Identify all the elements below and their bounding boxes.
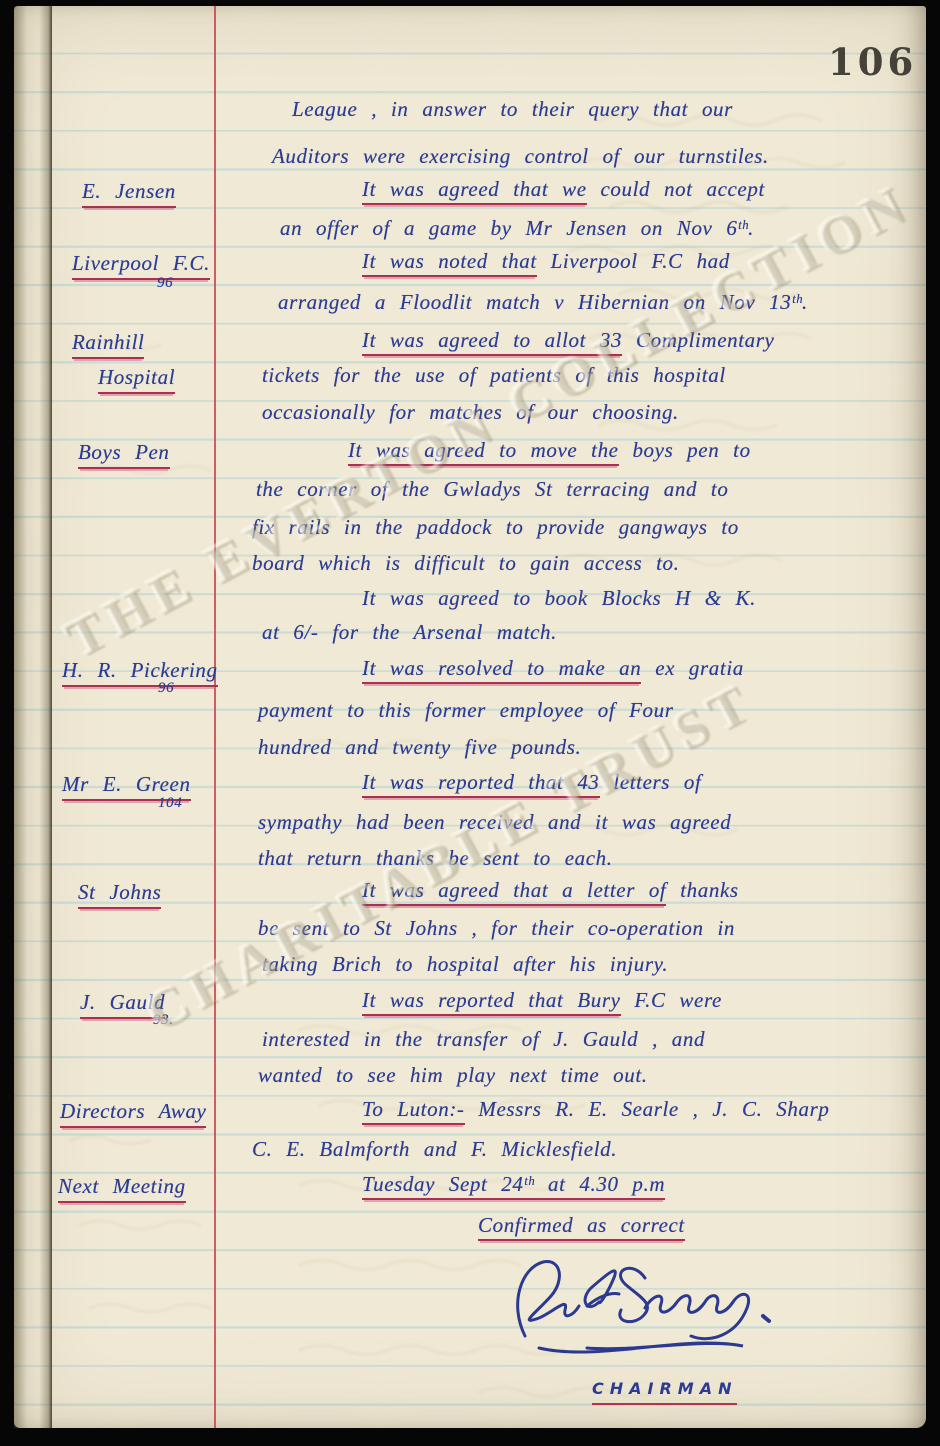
margin-heading: E. Jensen xyxy=(82,178,176,208)
chairman-label: CHAIRMAN xyxy=(592,1379,737,1405)
minute-text-line: It was noted that Liverpool F.C had xyxy=(362,248,730,274)
minute-text-line: fix rails in the paddock to provide gang… xyxy=(252,514,739,540)
minute-book-page: 106 League , in answer to their query th… xyxy=(0,0,940,1446)
underlined-phrase: It was agreed to move the xyxy=(348,438,619,466)
margin-page-ref: 96 xyxy=(157,274,173,293)
chairman-signature xyxy=(495,1252,785,1364)
minute-text-line: It was agreed that a letter of thanks xyxy=(362,877,739,903)
minute-text-line: League , in answer to their query that o… xyxy=(292,96,733,122)
minute-text-line: payment to this former employee of Four xyxy=(258,697,674,723)
minute-text-line: hundred and twenty five pounds. xyxy=(258,734,581,760)
minute-text-line: at 6/- for the Arsenal match. xyxy=(262,619,557,645)
underlined-phrase: Confirmed as correct xyxy=(478,1213,685,1241)
margin-heading: Next Meeting xyxy=(58,1173,186,1203)
minute-text-line: sympathy had been received and it was ag… xyxy=(258,809,731,835)
minute-text-line: It was agreed to allot 33 Complimentary xyxy=(362,327,774,353)
page-number: 106 xyxy=(828,40,917,84)
line-text: Complimentary xyxy=(622,328,774,352)
line-text: thanks xyxy=(666,878,738,902)
minute-text-line: taking Brich to hospital after his injur… xyxy=(262,951,668,977)
underlined-phrase: It was noted that xyxy=(362,249,537,277)
margin-heading: Liverpool F.C. xyxy=(72,250,210,280)
margin-page-ref: 104 xyxy=(158,794,182,813)
line-text: ex gratia xyxy=(641,656,743,680)
margin-heading: Boys Pen xyxy=(78,439,170,469)
underlined-phrase: It was reported that 43 xyxy=(362,770,600,798)
margin-page-ref: 96 xyxy=(158,679,174,698)
line-text: boys pen to xyxy=(619,438,751,462)
minute-text-line: that return thanks be sent to each. xyxy=(258,845,613,871)
margin-heading: Hospital xyxy=(98,364,175,394)
minute-text-line: an offer of a game by Mr Jensen on Nov 6… xyxy=(280,215,754,241)
minute-text-line: Tuesday Sept 24ᵗʰ at 4.30 p.m xyxy=(362,1171,665,1197)
line-text: F.C were xyxy=(621,988,722,1012)
margin-heading: H. R. Pickering xyxy=(62,657,218,687)
minute-text-line: Auditors were exercising control of our … xyxy=(272,143,769,169)
margin-heading: Rainhill xyxy=(72,329,144,359)
margin-heading: St Johns xyxy=(78,879,161,909)
minute-text-line: arranged a Floodlit match v Hibernian on… xyxy=(278,289,808,315)
minute-text-line: It was reported that 43 letters of xyxy=(362,769,701,795)
minute-text-line: It was reported that Bury F.C were xyxy=(362,987,722,1013)
underlined-phrase: It was resolved to make an xyxy=(362,656,641,684)
margin-page-ref: 93. xyxy=(153,1011,174,1030)
minute-text-line: the corner of the Gwladys St terracing a… xyxy=(256,476,728,502)
underlined-phrase: It was agreed that a letter of xyxy=(362,878,666,906)
minute-text-line: It was agreed that we could not accept xyxy=(362,176,765,202)
minute-text-line: be sent to St Johns , for their co-opera… xyxy=(258,915,735,941)
line-text: Liverpool F.C had xyxy=(537,249,730,273)
underlined-phrase: Tuesday Sept 24ᵗʰ at 4.30 p.m xyxy=(362,1172,665,1200)
minute-text-line: To Luton:- Messrs R. E. Searle , J. C. S… xyxy=(362,1096,829,1122)
confirmed-line: Confirmed as correct xyxy=(478,1212,685,1238)
underlined-phrase: To Luton:- xyxy=(362,1097,465,1125)
line-text: Messrs R. E. Searle , J. C. Sharp xyxy=(465,1097,830,1121)
minute-text-line: It was agreed to move the boys pen to xyxy=(348,437,751,463)
minute-text-line: interested in the transfer of J. Gauld ,… xyxy=(262,1026,705,1052)
underlined-phrase: It was agreed that we xyxy=(362,177,587,205)
underlined-phrase: It was agreed to allot 33 xyxy=(362,328,622,356)
line-text: could not accept xyxy=(587,177,765,201)
minute-text-line: C. E. Balmforth and F. Micklesfield. xyxy=(252,1136,617,1162)
minute-text-line: It was resolved to make an ex gratia xyxy=(362,655,744,681)
minute-text-line: It was agreed to book Blocks H & K. xyxy=(362,585,756,611)
minute-text-line: wanted to see him play next time out. xyxy=(258,1062,648,1088)
margin-heading: Directors Away xyxy=(60,1098,206,1128)
underlined-phrase: It was reported that Bury xyxy=(362,988,621,1016)
minute-text-line: occasionally for matches of our choosing… xyxy=(262,399,679,425)
minute-text-line: tickets for the use of patients of this … xyxy=(262,362,726,388)
line-text: letters of xyxy=(600,770,702,794)
minute-text-line: board which is difficult to gain access … xyxy=(252,550,680,576)
